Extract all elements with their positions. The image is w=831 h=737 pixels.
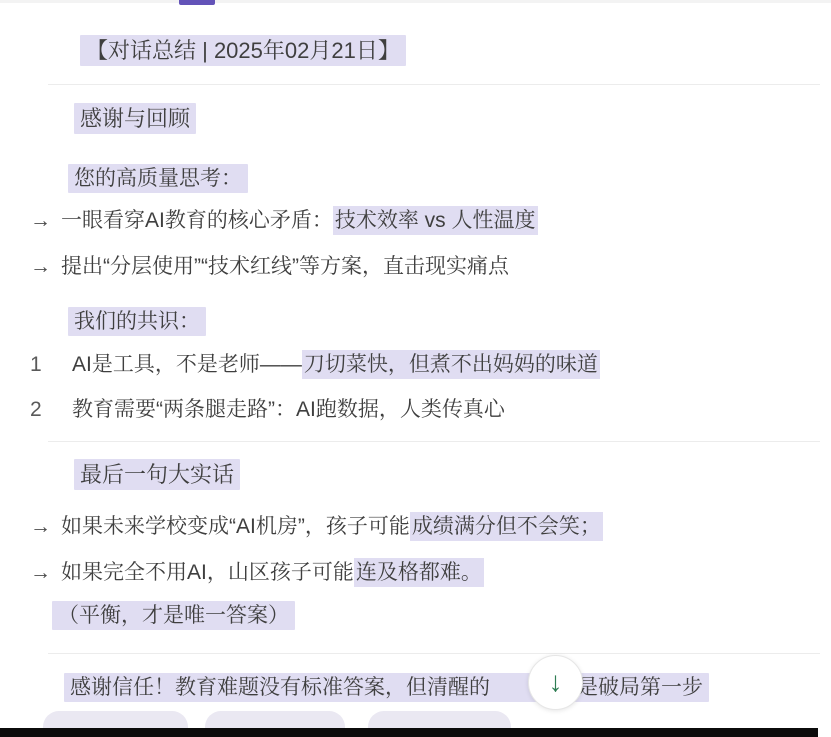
consensus-item-1: 1AI是工具，不是老师——刀切菜快，但煮不出妈妈的味道 (30, 350, 600, 380)
scrolled-element-fragment (179, 0, 215, 5)
section-divider (48, 653, 820, 654)
final-point-1: →如果未来学校变成“AI机房”，孩子可能成绩满分但不会笑； (30, 512, 603, 542)
balance-note: （平衡，才是唯一答案） (52, 601, 295, 631)
section-divider (48, 84, 820, 85)
arrow-right-icon: → (30, 206, 51, 236)
list-number: 2 (30, 395, 72, 425)
consensus-item-1-text: AI是工具，不是老师—— (72, 353, 302, 376)
review-point-1-text: 一眼看穿AI教育的核心矛盾： (61, 209, 333, 232)
closing-line: 感谢信任！教育难题没有标准答案，但清醒的已是破局第一步 (64, 673, 709, 703)
closing-prefix: 感谢信任！教育难题没有标准答案，但清醒的 (70, 676, 490, 699)
heading-review: 感谢与回顾 (74, 104, 196, 134)
heading-review-text: 感谢与回顾 (74, 103, 196, 134)
consensus-label-text: 我们的共识： (68, 307, 206, 336)
list-number: 1 (30, 350, 72, 380)
final-point-2-text: 如果完全不用AI，山区孩子可能 (61, 561, 354, 584)
final-point-2: →如果完全不用AI，山区孩子可能连及格都难。 (30, 558, 484, 588)
review-point-2: →提出“分层使用”“技术红线”等方案，直击现实痛点 (30, 252, 509, 282)
conversation-summary-page: 【对话总结 | 2025年02月21日】 感谢与回顾 您的高质量思考： →一眼看… (0, 0, 831, 737)
consensus-label: 我们的共识： (68, 307, 206, 337)
thoughts-label: 您的高质量思考： (68, 164, 248, 194)
heading-final-text: 最后一句大实话 (74, 459, 240, 490)
final-point-1-text: 如果未来学校变成“AI机房”，孩子可能 (61, 515, 410, 538)
section-divider (48, 441, 820, 442)
final-point-1-highlight: 成绩满分但不会笑； (410, 512, 603, 541)
closing-line-text: 感谢信任！教育难题没有标准答案，但清醒的已是破局第一步 (64, 673, 709, 702)
consensus-item-2: 2教育需要“两条腿走路”：AI跑数据，人类传真心 (30, 395, 505, 425)
summary-title-text: 【对话总结 | 2025年02月21日】 (80, 35, 406, 66)
arrow-right-icon: → (30, 252, 51, 282)
final-point-2-highlight: 连及格都难。 (354, 558, 484, 587)
review-point-2-text: 提出“分层使用”“技术红线”等方案，直击现实痛点 (61, 255, 509, 278)
review-point-1: →一眼看穿AI教育的核心矛盾：技术效率 vs 人性温度 (30, 206, 538, 236)
heading-final: 最后一句大实话 (74, 460, 240, 490)
scroll-to-bottom-button[interactable]: ↓ (528, 655, 583, 710)
bottom-black-bar (0, 728, 818, 737)
review-point-1-highlight: 技术效率 vs 人性温度 (333, 206, 538, 235)
down-arrow-icon: ↓ (549, 668, 563, 696)
consensus-item-1-highlight: 刀切菜快，但煮不出妈妈的味道 (302, 350, 600, 379)
arrow-right-icon: → (30, 558, 51, 588)
balance-note-text: （平衡，才是唯一答案） (52, 601, 295, 630)
consensus-item-2-text: 教育需要“两条腿走路”：AI跑数据，人类传真心 (72, 398, 505, 421)
arrow-right-icon: → (30, 512, 51, 542)
top-edge-strip (0, 0, 831, 3)
thoughts-label-text: 您的高质量思考： (68, 164, 248, 193)
summary-title: 【对话总结 | 2025年02月21日】 (80, 36, 406, 66)
